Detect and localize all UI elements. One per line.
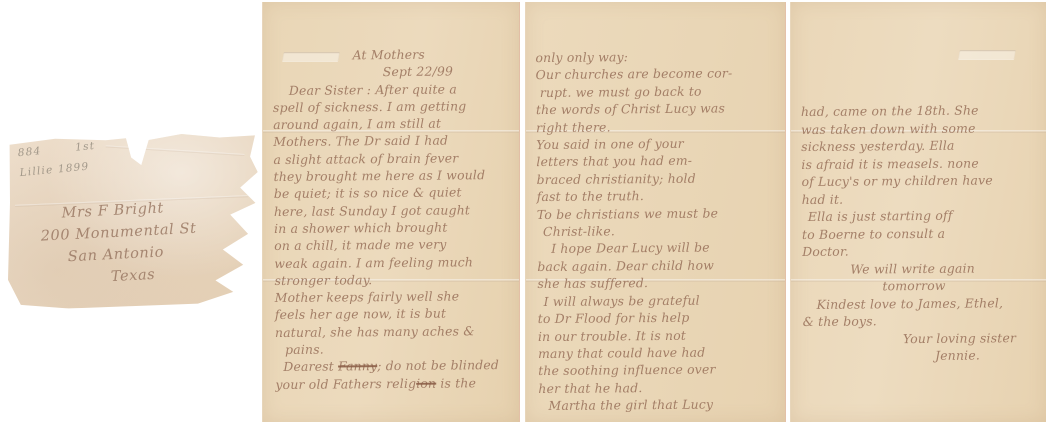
letter-line: had, came on the 18th. She — [801, 101, 1041, 121]
letter-line: Doctor. — [802, 241, 1042, 261]
letter-line: weak again. I am feeling much — [274, 253, 514, 272]
letter-line: Dearest Fanny; do not be blinded — [275, 356, 515, 375]
letter-line: the soothing influence over — [538, 360, 781, 380]
letter-line: Jennie. — [803, 346, 1043, 366]
letter-line: pains. — [275, 339, 515, 358]
letter-line: You said in one of your — [536, 134, 779, 154]
letter-line: they brought me here as I would — [274, 166, 514, 185]
letter-line: Sept 22/99 — [273, 62, 513, 81]
letter-line: Christ-like. — [537, 221, 780, 241]
letter-line: spell of sickness. I am getting — [273, 97, 513, 116]
envelope: 8841stLillie 1899 Mrs F Bright200 Monume… — [4, 114, 258, 309]
letter-line: a slight attack of brain fever — [273, 149, 513, 168]
letter-line: Mothers. The Dr said I had — [273, 131, 513, 150]
letter-line: To be christians we must be — [537, 204, 780, 224]
letter-line: Dear Sister : After quite a — [273, 80, 513, 99]
letter-line: I hope Dear Lucy will be — [537, 238, 780, 258]
letter-text: only only way:Our churches are become co… — [535, 47, 781, 415]
letter-scan: 8841stLillie 1899 Mrs F Bright200 Monume… — [0, 0, 1046, 424]
letter-line: Martha the girl that Lucy — [538, 395, 781, 415]
letter-line: she has suffered. — [537, 273, 780, 293]
letter-line: rupt. we must go back to — [536, 82, 779, 102]
letter-line: Kindest love to James, Ethel, — [803, 293, 1043, 313]
letter-line: on a chill, it made me very — [274, 235, 514, 254]
letter-line: At Mothers — [272, 45, 512, 64]
letter-line: was taken down with some — [801, 118, 1041, 138]
letter-line: back again. Dear child how — [537, 256, 780, 276]
letter-text: At MothersSept 22/99Dear Sister : After … — [272, 45, 515, 393]
letter-line: Mother keeps fairly well she — [275, 287, 515, 306]
letter-line: stronger today. — [274, 270, 514, 289]
letter-line: braced christianity; hold — [536, 169, 779, 189]
letter-line: natural, she has many aches & — [275, 322, 515, 341]
letter-page-1: At MothersSept 22/99Dear Sister : After … — [262, 2, 520, 422]
letter-line: to Boerne to consult a — [802, 223, 1042, 243]
letter-line: had it. — [802, 188, 1042, 208]
envelope-crease — [106, 145, 245, 156]
letter-line: Your loving sister — [803, 328, 1043, 348]
letter-line: I will always be grateful — [538, 291, 781, 311]
letter-line: here, last Sunday I got caught — [274, 201, 514, 220]
letter-line: Our churches are become cor- — [536, 64, 779, 84]
letter-line: her that he had. — [538, 378, 781, 398]
embossed-stamp — [958, 50, 1016, 59]
letter-line: feels her age now, it is but — [275, 304, 515, 323]
letter-line: around again, I am still at — [273, 114, 513, 133]
letter-line: of Lucy's or my children have — [801, 171, 1041, 191]
letter-line: in our trouble. It is not — [538, 325, 781, 345]
letter-line: be quiet; it is so nice & quiet — [274, 183, 514, 202]
envelope-address: Mrs F Bright200 Monumental StSan Antonio… — [3, 193, 260, 294]
letter-line: is afraid it is measels. none — [801, 153, 1041, 173]
letter-line: only only way: — [535, 47, 778, 67]
envelope-pencil-notes: 8841stLillie 1899 — [17, 136, 98, 183]
letter-line: Ella is just starting off — [802, 206, 1042, 226]
letter-line: & the boys. — [803, 311, 1043, 331]
letter-line: many that could have had — [538, 343, 781, 363]
letter-text: had, came on the 18th. Shewas taken down… — [801, 101, 1043, 366]
letter-line: right there. — [536, 117, 779, 137]
letter-page-3: had, came on the 18th. Shewas taken down… — [790, 2, 1046, 422]
letter-line: We will write again — [802, 258, 1042, 278]
letter-line: fast to the truth. — [537, 186, 780, 206]
letter-line: the words of Christ Lucy was — [536, 99, 779, 119]
letter-line: letters that you had em- — [536, 151, 779, 171]
letter-line: sickness yesterday. Ella — [801, 136, 1041, 156]
letter-line: your old Fathers religion is the — [275, 374, 515, 393]
letter-line: tomorrow — [802, 276, 1042, 296]
letter-line: in a shower which brought — [274, 218, 514, 237]
letter-page-2: only only way:Our churches are become co… — [525, 2, 786, 422]
letter-line: to Dr Flood for his help — [538, 308, 781, 328]
